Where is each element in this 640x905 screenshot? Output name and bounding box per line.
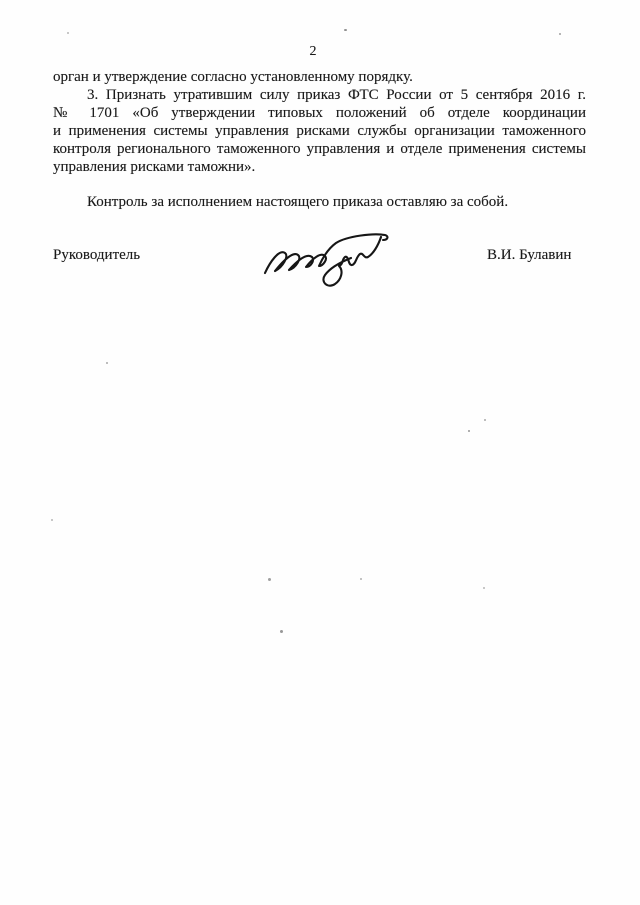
scan-speck xyxy=(268,578,271,581)
scan-speck xyxy=(51,519,53,521)
page-number: 2 xyxy=(0,44,626,60)
signer-role-label: Руководитель xyxy=(53,246,140,264)
scan-speck xyxy=(559,33,561,35)
body-line: 3. Признать утратившим силу приказ ФТС Р… xyxy=(53,86,586,104)
signer-name-label: В.И. Булавин xyxy=(487,246,571,264)
body-line: и применения системы управления рисками … xyxy=(53,122,586,140)
order-body: орган и утверждение согласно установленн… xyxy=(53,68,586,176)
scanned-order-page: 2 орган и утверждение согласно установле… xyxy=(0,0,640,905)
handwritten-signature xyxy=(250,220,395,292)
body-line: управления рисками таможни». xyxy=(53,158,586,176)
control-paragraph: Контроль за исполнением настоящего прика… xyxy=(53,193,586,211)
scan-speck xyxy=(484,419,486,421)
scan-speck xyxy=(468,430,470,432)
body-line: № 1701 «Об утверждении типовых положений… xyxy=(53,104,586,122)
scan-speck xyxy=(280,630,283,633)
scan-speck xyxy=(360,578,362,580)
scan-speck xyxy=(483,587,485,589)
scan-speck xyxy=(344,29,347,31)
scan-speck xyxy=(67,32,69,34)
body-line: орган и утверждение согласно установленн… xyxy=(53,68,586,86)
scan-speck xyxy=(106,362,108,364)
body-line: контроля регионального таможенного управ… xyxy=(53,140,586,158)
